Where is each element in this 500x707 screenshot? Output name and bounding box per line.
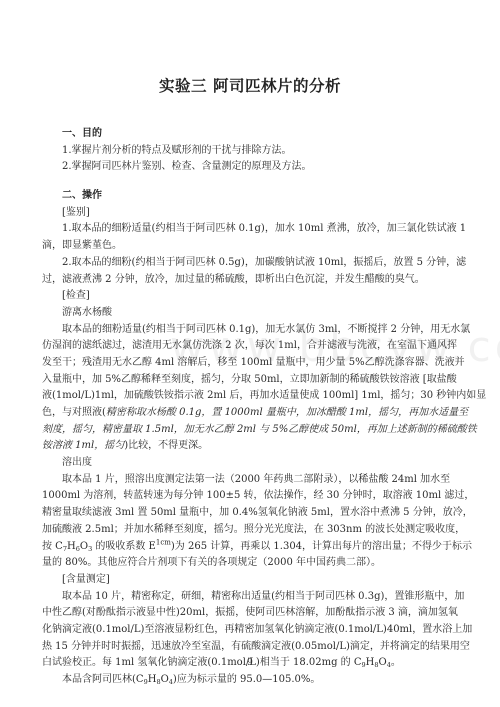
dissolution-line: 精密量取续滤液 3ml 置 50ml 量瓶中，加 0.4%氢氧化钠液 5ml，置… xyxy=(42,505,442,522)
assay-line: 中性乙醇(对酚酞指示液显中性)20ml，振摇，使阿司匹林溶解，加酚酞指示液 3 … xyxy=(42,605,442,622)
purpose-item-1: 1.掌握片剂分析的特点及赋形剂的干扰与排除方法。 xyxy=(62,143,442,160)
dissolution-line: 1000ml 为溶剂，转蓝转速为每分钟 100±5 转，依法操作，经 30 分钟… xyxy=(42,488,442,505)
assay-text: 本品含阿司匹林(C xyxy=(62,674,144,685)
assay-text: )应为标示量的 95.0—105.0%。 xyxy=(173,674,320,685)
item-label-free-salicylic-acid: 游离水杨酸 xyxy=(62,305,442,322)
identification-line: 2.取本品的细粉(约相当于阿司匹林 0.5g)，加碳酸钠试液 10ml，振摇后，… xyxy=(62,255,442,272)
salicylic-line: 铵溶液 1ml，摇匀)比较，不得更深。 xyxy=(42,438,442,455)
subsection-label-inspection: [检查] xyxy=(62,288,442,305)
reference-solution-text: 铵溶液 1ml，摇匀 xyxy=(42,440,124,451)
assay-line: 化钠滴定液(0.1mol/L)至溶液显粉红色，再精密加氢氧化钠滴定液(0.1mo… xyxy=(42,622,442,639)
item-label-dissolution: 溶出度 xyxy=(62,455,442,472)
page-title: 实验三 阿司匹林片的分析 xyxy=(0,74,500,96)
dissolution-line: 取本品 1 片，照溶出度测定法第一法（2000 年药典二部附录），以稀盐酸 24… xyxy=(62,472,442,489)
reference-solution-text: 精密称取水杨酸 0.1g，置 1000ml 量瓶中，加冰醋酸 1ml，摇匀，再加… xyxy=(106,407,468,418)
identification-line: 滴，即显紫堇色。 xyxy=(42,238,442,255)
document-page: www.bbcyw.com 实验三 阿司匹林片的分析 一、目的 1.掌握片剂分析… xyxy=(0,0,500,707)
dissolution-text: )为 265 计算，再乘以 1.304，计算出每片的溶出量；不得少于标示 xyxy=(171,541,472,552)
page-number: 9 xyxy=(0,658,500,668)
salicylic-line: 仿湿润的滤纸滤过，滤渣用无水氯仿洗涤 2 次，每次 1ml，合并滤液与洗液，在室… xyxy=(42,338,442,355)
salicylic-line: 液(1mol/L)1ml，加硫酸铁铵指示液 2ml 后，再加水适量使成 100m… xyxy=(42,388,442,405)
identification-line: 1.取本品的细粉适量(约相当于阿司匹林 0.1g)，加水 10ml 煮沸，放冷，… xyxy=(62,221,442,238)
salicylic-text: 色，与对照液( xyxy=(42,407,106,418)
formula-superscript: 1cm xyxy=(156,538,171,546)
dissolution-line: 量的 80%。其他应符合片剂项下有关的各项规定（2000 年中国药典二部）。 xyxy=(42,555,442,572)
section-heading-operation: 二、操作 xyxy=(62,188,442,205)
salicylic-line: 入量瓶中，加 5%乙醇稀释至刻度，摇匀，分取 50ml，立即加新制的稀硫酸铁铵溶… xyxy=(42,372,442,389)
formula-element: O xyxy=(80,541,88,552)
formula-element: O xyxy=(161,674,169,685)
assay-line: 本品含阿司匹林(C9H8O4)应为标示量的 95.0—105.0%。 xyxy=(62,672,442,689)
dissolution-line: 加硫酸液 2.5ml；并加水稀释至刻度，摇匀。照分光光度法，在 303nm 的波… xyxy=(42,522,442,539)
subsection-label-identification: [鉴别] xyxy=(62,205,442,222)
salicylic-line: 色，与对照液(精密称取水杨酸 0.1g，置 1000ml 量瓶中，加冰醋酸 1m… xyxy=(42,405,442,422)
assay-line: 热 15 分钟并时时振摇，迅速放冷至室温，有硫酸滴定液(0.05mol/L)滴定… xyxy=(42,639,442,656)
salicylic-line: 取本品的细粉适量(约相当于阿司匹林 0.1g)，加无水氯仿 3ml，不断搅拌 2… xyxy=(62,322,442,339)
reference-solution-text: 刻度，摇匀，精密量取 1.5ml，加无水乙醇 2ml 与 5%乙醇使成 50ml… xyxy=(42,422,442,439)
dissolution-line: 按 C7H6O3 的吸收系数 E1cm)为 265 计算，再乘以 1.304，计… xyxy=(42,539,442,556)
salicylic-line: 发至干；残渣用无水乙醇 4ml 溶解后，移至 100ml 量瓶中，用少量 5%乙… xyxy=(42,355,442,372)
dissolution-text: 的吸收系数 E xyxy=(92,541,156,552)
dissolution-text: 按 C xyxy=(42,541,63,552)
identification-line: 过，滤液煮沸 2 分钟，放冷，加过量的稀硫酸，即析出白色沉淀，并发生醋酸的臭气。 xyxy=(42,272,442,289)
section-heading-purpose: 一、目的 xyxy=(62,126,442,143)
document-body: 一、目的 1.掌握片剂分析的特点及赋形剂的干扰与排除方法。 2.掌握阿司匹林片鉴… xyxy=(62,126,442,689)
formula-element: H xyxy=(67,541,76,552)
subsection-label-assay: [含量测定] xyxy=(62,572,442,589)
assay-line: 取本品 10 片，精密称定，研细，精密称出适量(约相当于阿司匹林 0.3g)，置… xyxy=(62,589,442,606)
salicylic-text: )比较，不得更深。 xyxy=(124,440,208,451)
purpose-item-2: 2.掌握阿司匹林片鉴别、检查、含量测定的原理及方法。 xyxy=(62,159,442,176)
